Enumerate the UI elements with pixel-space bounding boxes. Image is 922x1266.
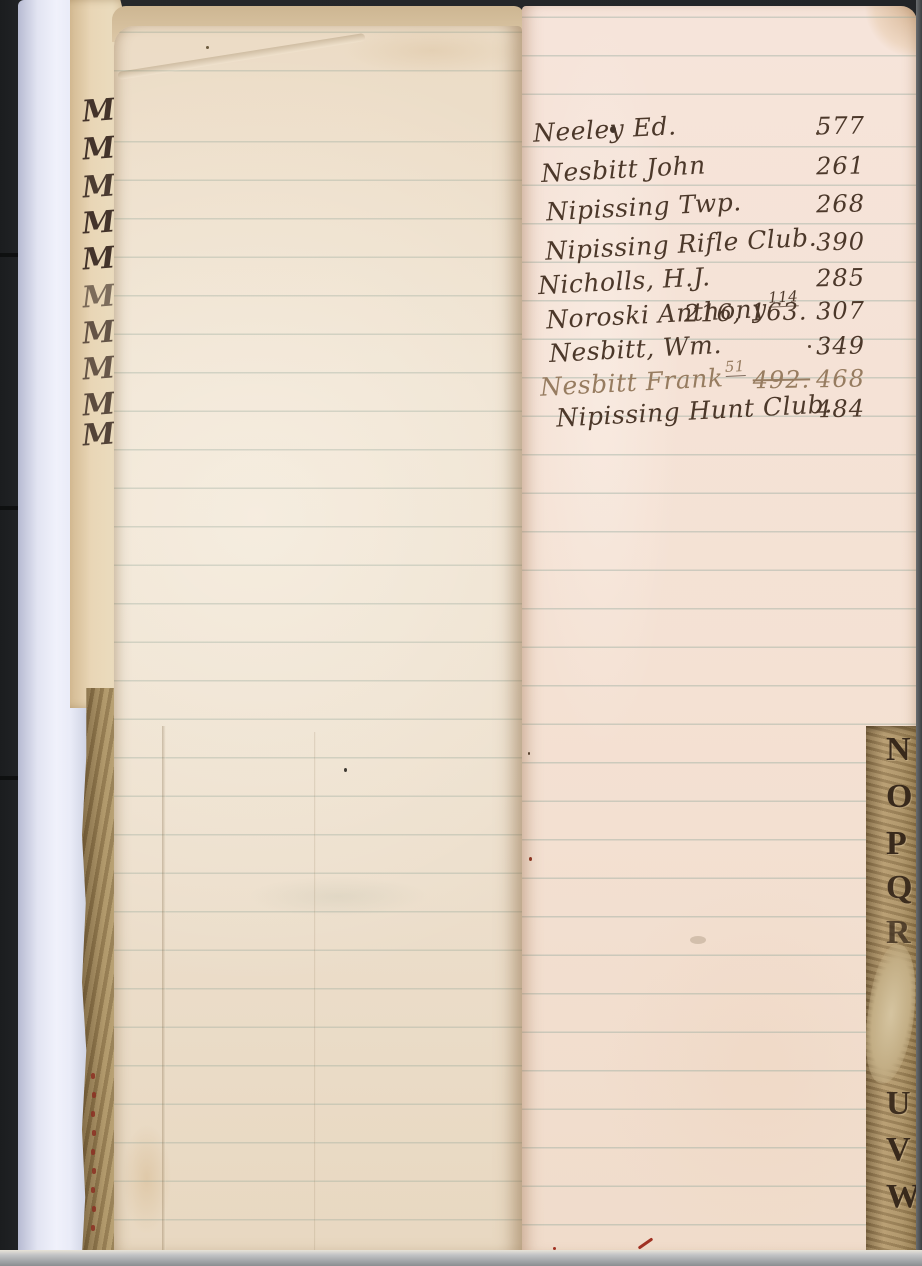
stitch-dot: [92, 1092, 96, 1098]
alphabet-tab-strip: NOPQRUVW: [866, 726, 917, 1254]
stitch-dot: [91, 1225, 95, 1231]
red-mark: [638, 1237, 654, 1249]
entry-page-numbers: 484: [816, 388, 866, 429]
tab-letter-p: P: [886, 827, 917, 861]
scan-bottom-edge: [0, 1250, 922, 1266]
tab-letter-n: N: [886, 733, 917, 767]
entry-page-numbers: 268: [816, 183, 866, 224]
ink-speck: [344, 768, 347, 772]
scan-right-edge: [916, 0, 922, 1266]
index-entry: Nipissing Hunt Club.484: [532, 388, 910, 437]
entry-name: Neeley Ed.: [532, 106, 677, 153]
entry-page-numbers: 577: [816, 105, 866, 146]
ink-speck: [808, 345, 811, 348]
tab-letter-o: O: [886, 780, 917, 814]
red-speck: [529, 857, 532, 861]
tab-letter-w: W: [886, 1180, 917, 1214]
stitch-dot: [91, 1149, 95, 1155]
ink-speck: [816, 132, 819, 135]
ledger-scan: MMcMMMMMMMM Neeley Ed.577Nesbitt John261…: [0, 0, 922, 1266]
ink-speck: [528, 752, 530, 755]
stitch-dot: [91, 1073, 95, 1079]
ink-blot: [610, 126, 616, 133]
entry-page-numbers: 390: [816, 221, 866, 262]
page-crease: [314, 732, 316, 1252]
stitch-dot: [92, 1168, 96, 1174]
stitch-dot: [91, 1187, 95, 1193]
left-page-blank: [114, 26, 522, 1252]
tab-letter-v: V: [886, 1133, 917, 1167]
torn-tab-area: [866, 941, 917, 1086]
tab-letter-u: U: [886, 1087, 917, 1121]
stitch-dot: [92, 1206, 96, 1212]
tab-letter-q: Q: [886, 871, 917, 905]
page-fold: [162, 726, 166, 1252]
page-crease: [117, 33, 365, 80]
entry-superscript: 51: [724, 357, 745, 377]
smudge: [690, 936, 706, 944]
tab-letter-r: R: [886, 916, 917, 950]
ink-speck: [206, 46, 209, 49]
stitch-dot: [91, 1111, 95, 1117]
right-page-index: Neeley Ed.577Nesbitt John261Nipissing Tw…: [522, 6, 917, 1252]
stitch-dot: [92, 1130, 96, 1136]
entry-page-numbers: 261: [816, 145, 866, 186]
entry-name: Nipissing Hunt Club.: [555, 384, 833, 438]
